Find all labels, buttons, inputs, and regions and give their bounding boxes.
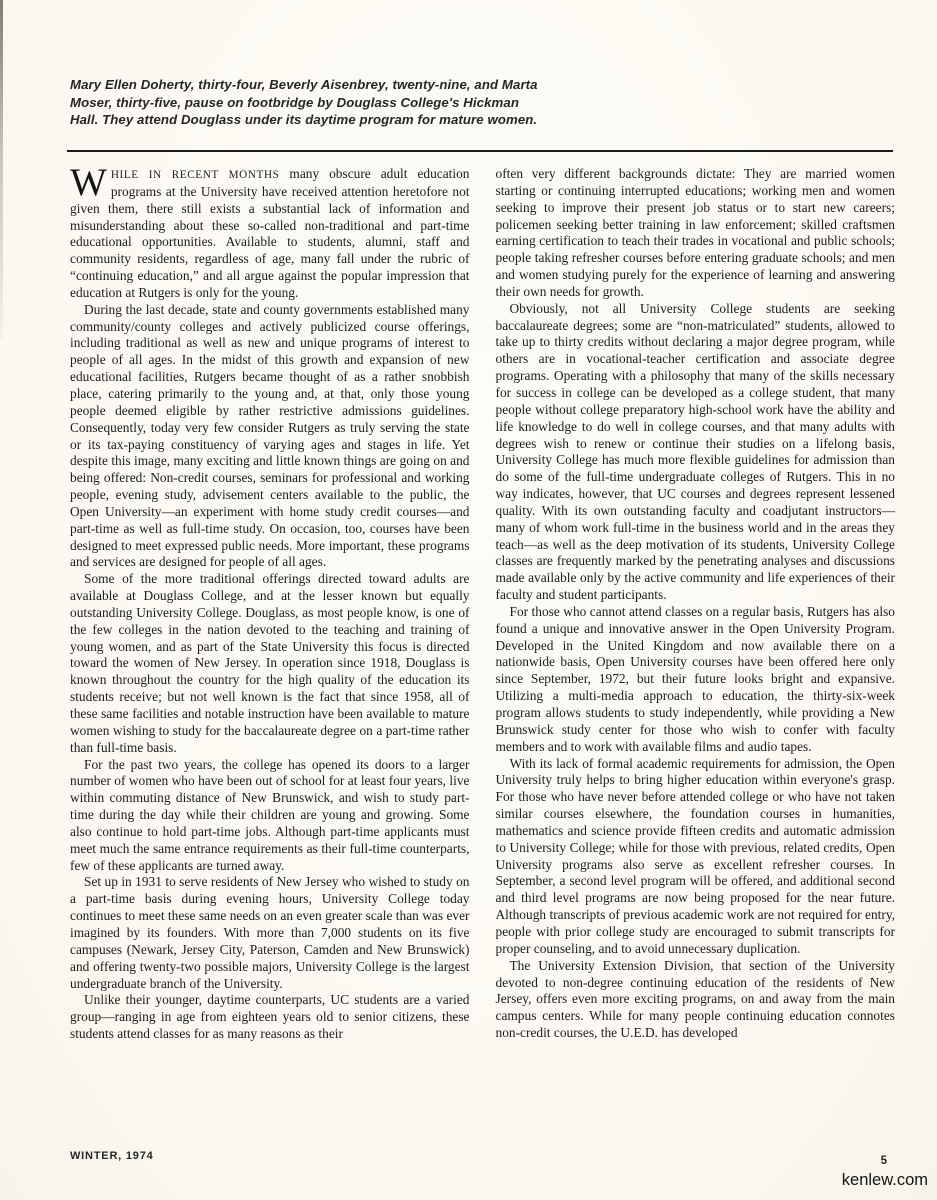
footer-page-number: 5 — [881, 1155, 887, 1167]
footer-issue-label: WINTER, 1974 — [70, 1150, 154, 1162]
paragraph: Unlike their younger, daytime counterpar… — [70, 992, 470, 1043]
paragraph: often very different backgrounds dictate… — [496, 166, 896, 301]
drop-cap: W — [70, 166, 111, 197]
paragraph: Some of the more traditional offerings d… — [70, 571, 470, 756]
magazine-page: Mary Ellen Doherty, thirty-four, Beverly… — [0, 0, 937, 1200]
column-left: WHILE IN RECENT MONTHS many obscure adul… — [70, 166, 470, 1148]
paragraph: The University Extension Division, that … — [496, 958, 896, 1042]
paragraph: WHILE IN RECENT MONTHS many obscure adul… — [70, 166, 470, 302]
left-edge-scan-artifact — [0, 0, 3, 340]
paragraph: For the past two years, the college has … — [70, 757, 470, 875]
small-caps-lead: HILE IN RECENT MONTHS — [111, 169, 280, 181]
photo-caption: Mary Ellen Doherty, thirty-four, Beverly… — [70, 76, 548, 129]
paragraph: Obviously, not all University College st… — [496, 301, 896, 604]
column-right: often very different backgrounds dictate… — [496, 166, 896, 1148]
paragraph: For those who cannot attend classes on a… — [496, 604, 896, 756]
paragraph: During the last decade, state and county… — [70, 302, 470, 572]
paragraph: With its lack of formal academic require… — [496, 756, 896, 958]
caption-divider-rule — [67, 150, 893, 152]
paragraph: Set up in 1931 to serve residents of New… — [70, 874, 470, 992]
watermark-label: kenlew.com — [842, 1171, 928, 1190]
article-body: WHILE IN RECENT MONTHS many obscure adul… — [70, 166, 895, 1148]
